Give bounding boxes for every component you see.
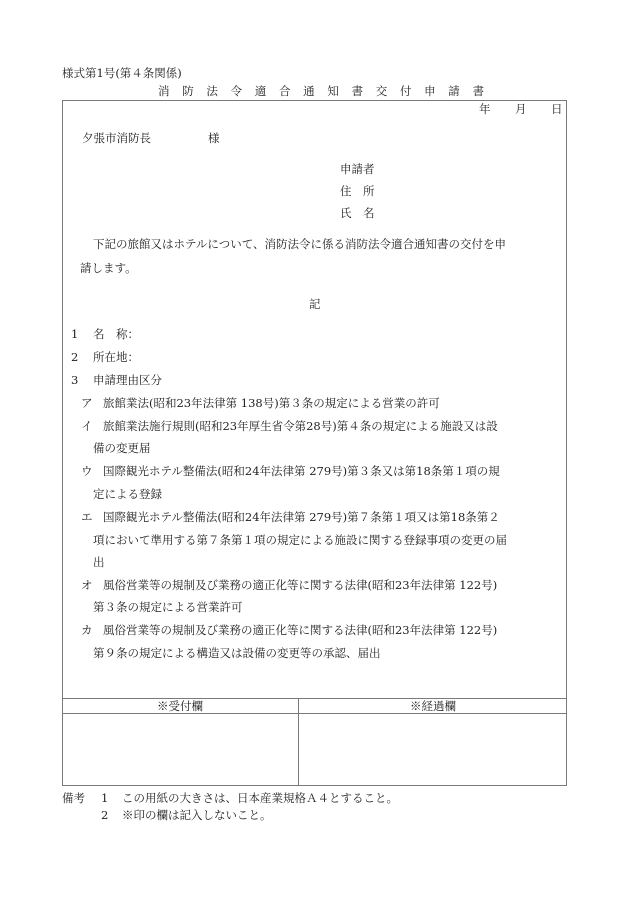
title-char: 書 (472, 86, 496, 98)
title-char: 令 (231, 86, 255, 98)
title-char: 法 (206, 86, 230, 98)
title-char: 書 (352, 86, 376, 98)
title-char: 交 (376, 86, 400, 98)
reason-i-mark: イ (81, 421, 93, 433)
table-top-divider (62, 698, 567, 699)
date-year-label: 年 (479, 104, 491, 116)
note-1-number: 1 (101, 793, 108, 805)
note-1-text: この用紙の大きさは、日本産業規格Ａ４とすること。 (122, 793, 398, 805)
applicant-label: 申請者 (340, 164, 375, 176)
reason-u-line-1: 国際観光ホテル整備法(昭和24年法律第 279号)第３条又は第18条第１項の規 (103, 466, 500, 478)
date-day-label: 日 (551, 104, 563, 116)
note-2-text: ※印の欄は記入しないこと。 (122, 810, 272, 822)
reason-e-line-1: 国際観光ホテル整備法(昭和24年法律第 279号)第７条第１項又は第18条第２ (103, 512, 500, 524)
reason-ka-line-1: 風俗営業等の規制及び業務の適正化等に関する法律(昭和23年法律第 122号) (103, 625, 497, 637)
form-number: 様式第1号(第４条関係) (62, 68, 182, 80)
request-text-line-2: 請します。 (80, 263, 137, 275)
reason-e-line-3: 出 (93, 557, 105, 569)
item-1-number: 1 (71, 329, 78, 341)
reason-e-mark: エ (81, 512, 93, 524)
notes-label: 備考 (62, 793, 85, 805)
item-2-location-label: 所在地： (93, 352, 139, 364)
title-char: 消 (158, 86, 182, 98)
item-3-number: 3 (71, 375, 78, 387)
reason-u-line-2: 定による登録 (93, 489, 162, 501)
title-char: 付 (400, 86, 424, 98)
title-char: 申 (424, 86, 448, 98)
reason-ka-line-2: 第９条の規定による構造又は設備の変更等の承認、届出 (93, 648, 381, 660)
item-3-reason-label: 申請理由区分 (93, 375, 162, 387)
title-char: 通 (303, 86, 327, 98)
reception-column-header: ※受付欄 (62, 701, 298, 713)
request-text-line-1: 下記の旅館又はホテルについて、消防法令に係る消防法令適合通知書の交付を申 (93, 239, 506, 251)
reason-o-line-2: 第３条の規定による営業許可 (93, 602, 243, 614)
reason-ka-mark: カ (81, 625, 93, 637)
applicant-address-label: 住 所 (340, 186, 375, 198)
reason-o-line-1: 風俗営業等の規制及び業務の適正化等に関する法律(昭和23年法律第 122号) (103, 580, 497, 592)
title-char: 適 (255, 86, 279, 98)
ki-heading: 記 (309, 299, 321, 311)
addressee-honorific: 様 (208, 133, 220, 145)
reception-cell (63, 714, 298, 785)
title-char: 防 (182, 86, 206, 98)
note-2-number: 2 (101, 810, 108, 822)
reason-o-mark: オ (81, 580, 93, 592)
reason-a-line-1: 旅館業法(昭和23年法律第 138号)第３条の規定による営業の許可 (103, 398, 440, 410)
date-month-label: 月 (515, 104, 527, 116)
reason-i-line-1: 旅館業法施行規則(昭和23年厚生省令第28号)第４条の規定による施設又は設 (103, 421, 498, 433)
title-char: 請 (448, 86, 472, 98)
title-char: 知 (327, 86, 351, 98)
reason-a-mark: ア (81, 398, 93, 410)
item-1-name-label: 名 称： (93, 329, 139, 341)
progress-cell (299, 714, 566, 785)
addressee-name: 夕張市消防長 (82, 133, 151, 145)
reason-i-line-2: 備の変更届 (93, 443, 151, 455)
title-char: 合 (279, 86, 303, 98)
progress-column-header: ※経過欄 (299, 701, 567, 713)
applicant-name-label: 氏 名 (340, 208, 375, 220)
reason-e-line-2: 項において準用する第７条第１項の規定による施設に関する登録事項の変更の届 (93, 535, 507, 547)
page-title: 消防法令適合通知書交付申請書 (158, 86, 497, 98)
item-2-number: 2 (71, 352, 78, 364)
reason-u-mark: ウ (81, 466, 93, 478)
